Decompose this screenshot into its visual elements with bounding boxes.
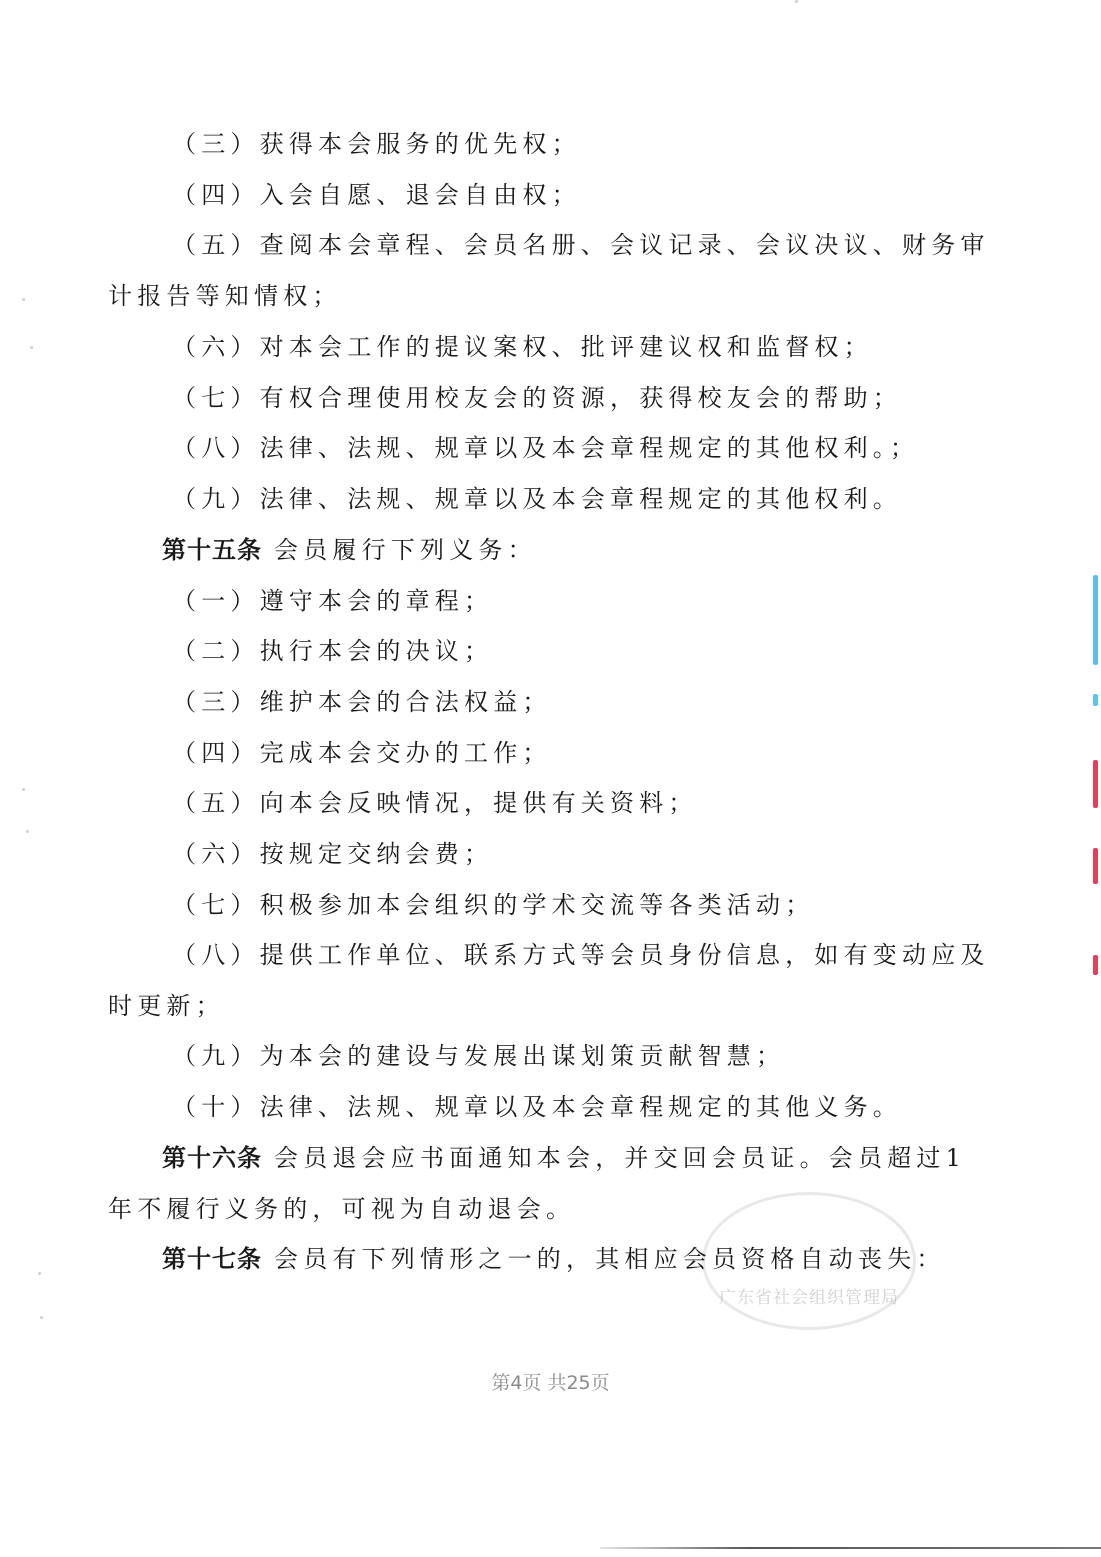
- side-tab-marker-red-1: [1093, 760, 1098, 808]
- rights-item-5-continued: 计报告等知情权；: [108, 281, 342, 311]
- duty-item-7: （七）积极参加本会组织的学术交流等各类活动；: [172, 890, 814, 920]
- duty-item-1: （一）遵守本会的章程；: [172, 586, 493, 616]
- duty-item-6: （六）按规定交纳会费；: [172, 839, 493, 869]
- article-17: 第十七条会员有下列情形之一的，其相应会员资格自动丧失：: [162, 1244, 946, 1274]
- side-tab-marker-red-2: [1093, 848, 1098, 884]
- scan-speck: [22, 298, 25, 301]
- scan-speck: [26, 830, 29, 833]
- article-15: 第十五条会员履行下列义务：: [162, 535, 537, 565]
- seal-text: 广东省社会组织管理局: [705, 1283, 913, 1308]
- article-15-text: 会员履行下列义务：: [274, 536, 537, 564]
- page-indicator: 第4页 共25页: [0, 1368, 1101, 1395]
- scan-speck: [22, 788, 25, 791]
- duty-item-8: （八）提供工作单位、联系方式等会员身份信息，如有变动应及: [172, 940, 990, 970]
- scan-speck: [795, 0, 798, 3]
- scan-edge-line: [600, 1547, 1101, 1549]
- article-16-continued: 年不履行义务的，可视为自动退会。: [108, 1194, 575, 1224]
- rights-item-9: （九）法律、法规、规章以及本会章程规定的其他权利。: [172, 484, 902, 514]
- side-tab-marker-blue: [1093, 575, 1098, 665]
- scan-speck: [30, 346, 33, 349]
- article-15-label: 第十五条: [162, 536, 262, 564]
- duty-item-4: （四）完成本会交办的工作；: [172, 738, 552, 768]
- side-tab-marker-cyan: [1093, 694, 1098, 706]
- article-17-label: 第十七条: [162, 1245, 262, 1273]
- duty-item-3: （三）维护本会的合法权益；: [172, 687, 552, 717]
- rights-item-8: （八）法律、法规、规章以及本会章程规定的其他权利。；: [172, 433, 919, 463]
- duty-item-2: （二）执行本会的决议；: [172, 636, 493, 666]
- rights-item-4: （四）入会自愿、退会自由权；: [172, 180, 581, 210]
- scan-speck: [38, 1272, 41, 1275]
- duty-item-8-continued: 时更新；: [108, 991, 225, 1021]
- article-16-label: 第十六条: [162, 1144, 262, 1172]
- duty-item-10: （十）法律、法规、规章以及本会章程规定的其他义务。: [172, 1092, 902, 1122]
- duty-item-5: （五）向本会反映情况，提供有关资料；: [172, 788, 698, 818]
- article-17-text: 会员有下列情形之一的，其相应会员资格自动丧失：: [274, 1245, 946, 1273]
- side-tab-marker-red-3: [1093, 955, 1098, 975]
- article-16: 第十六条会员退会应书面通知本会，并交回会员证。会员超过1: [162, 1143, 966, 1173]
- rights-item-7: （七）有权合理使用校友会的资源，获得校友会的帮助；: [172, 383, 902, 413]
- rights-item-5: （五）查阅本会章程、会员名册、会议记录、会议决议、财务审: [172, 230, 990, 260]
- article-16-text: 会员退会应书面通知本会，并交回会员证。会员超过1: [274, 1144, 966, 1172]
- scan-speck: [40, 1316, 43, 1319]
- document-page: （三）获得本会服务的优先权； （四）入会自愿、退会自由权； （五）查阅本会章程、…: [0, 0, 1101, 1557]
- rights-item-6: （六）对本会工作的提议案权、批评建议权和监督权；: [172, 332, 873, 362]
- duty-item-9: （九）为本会的建设与发展出谋划策贡献智慧；: [172, 1041, 785, 1071]
- rights-item-3: （三）获得本会服务的优先权；: [172, 129, 581, 159]
